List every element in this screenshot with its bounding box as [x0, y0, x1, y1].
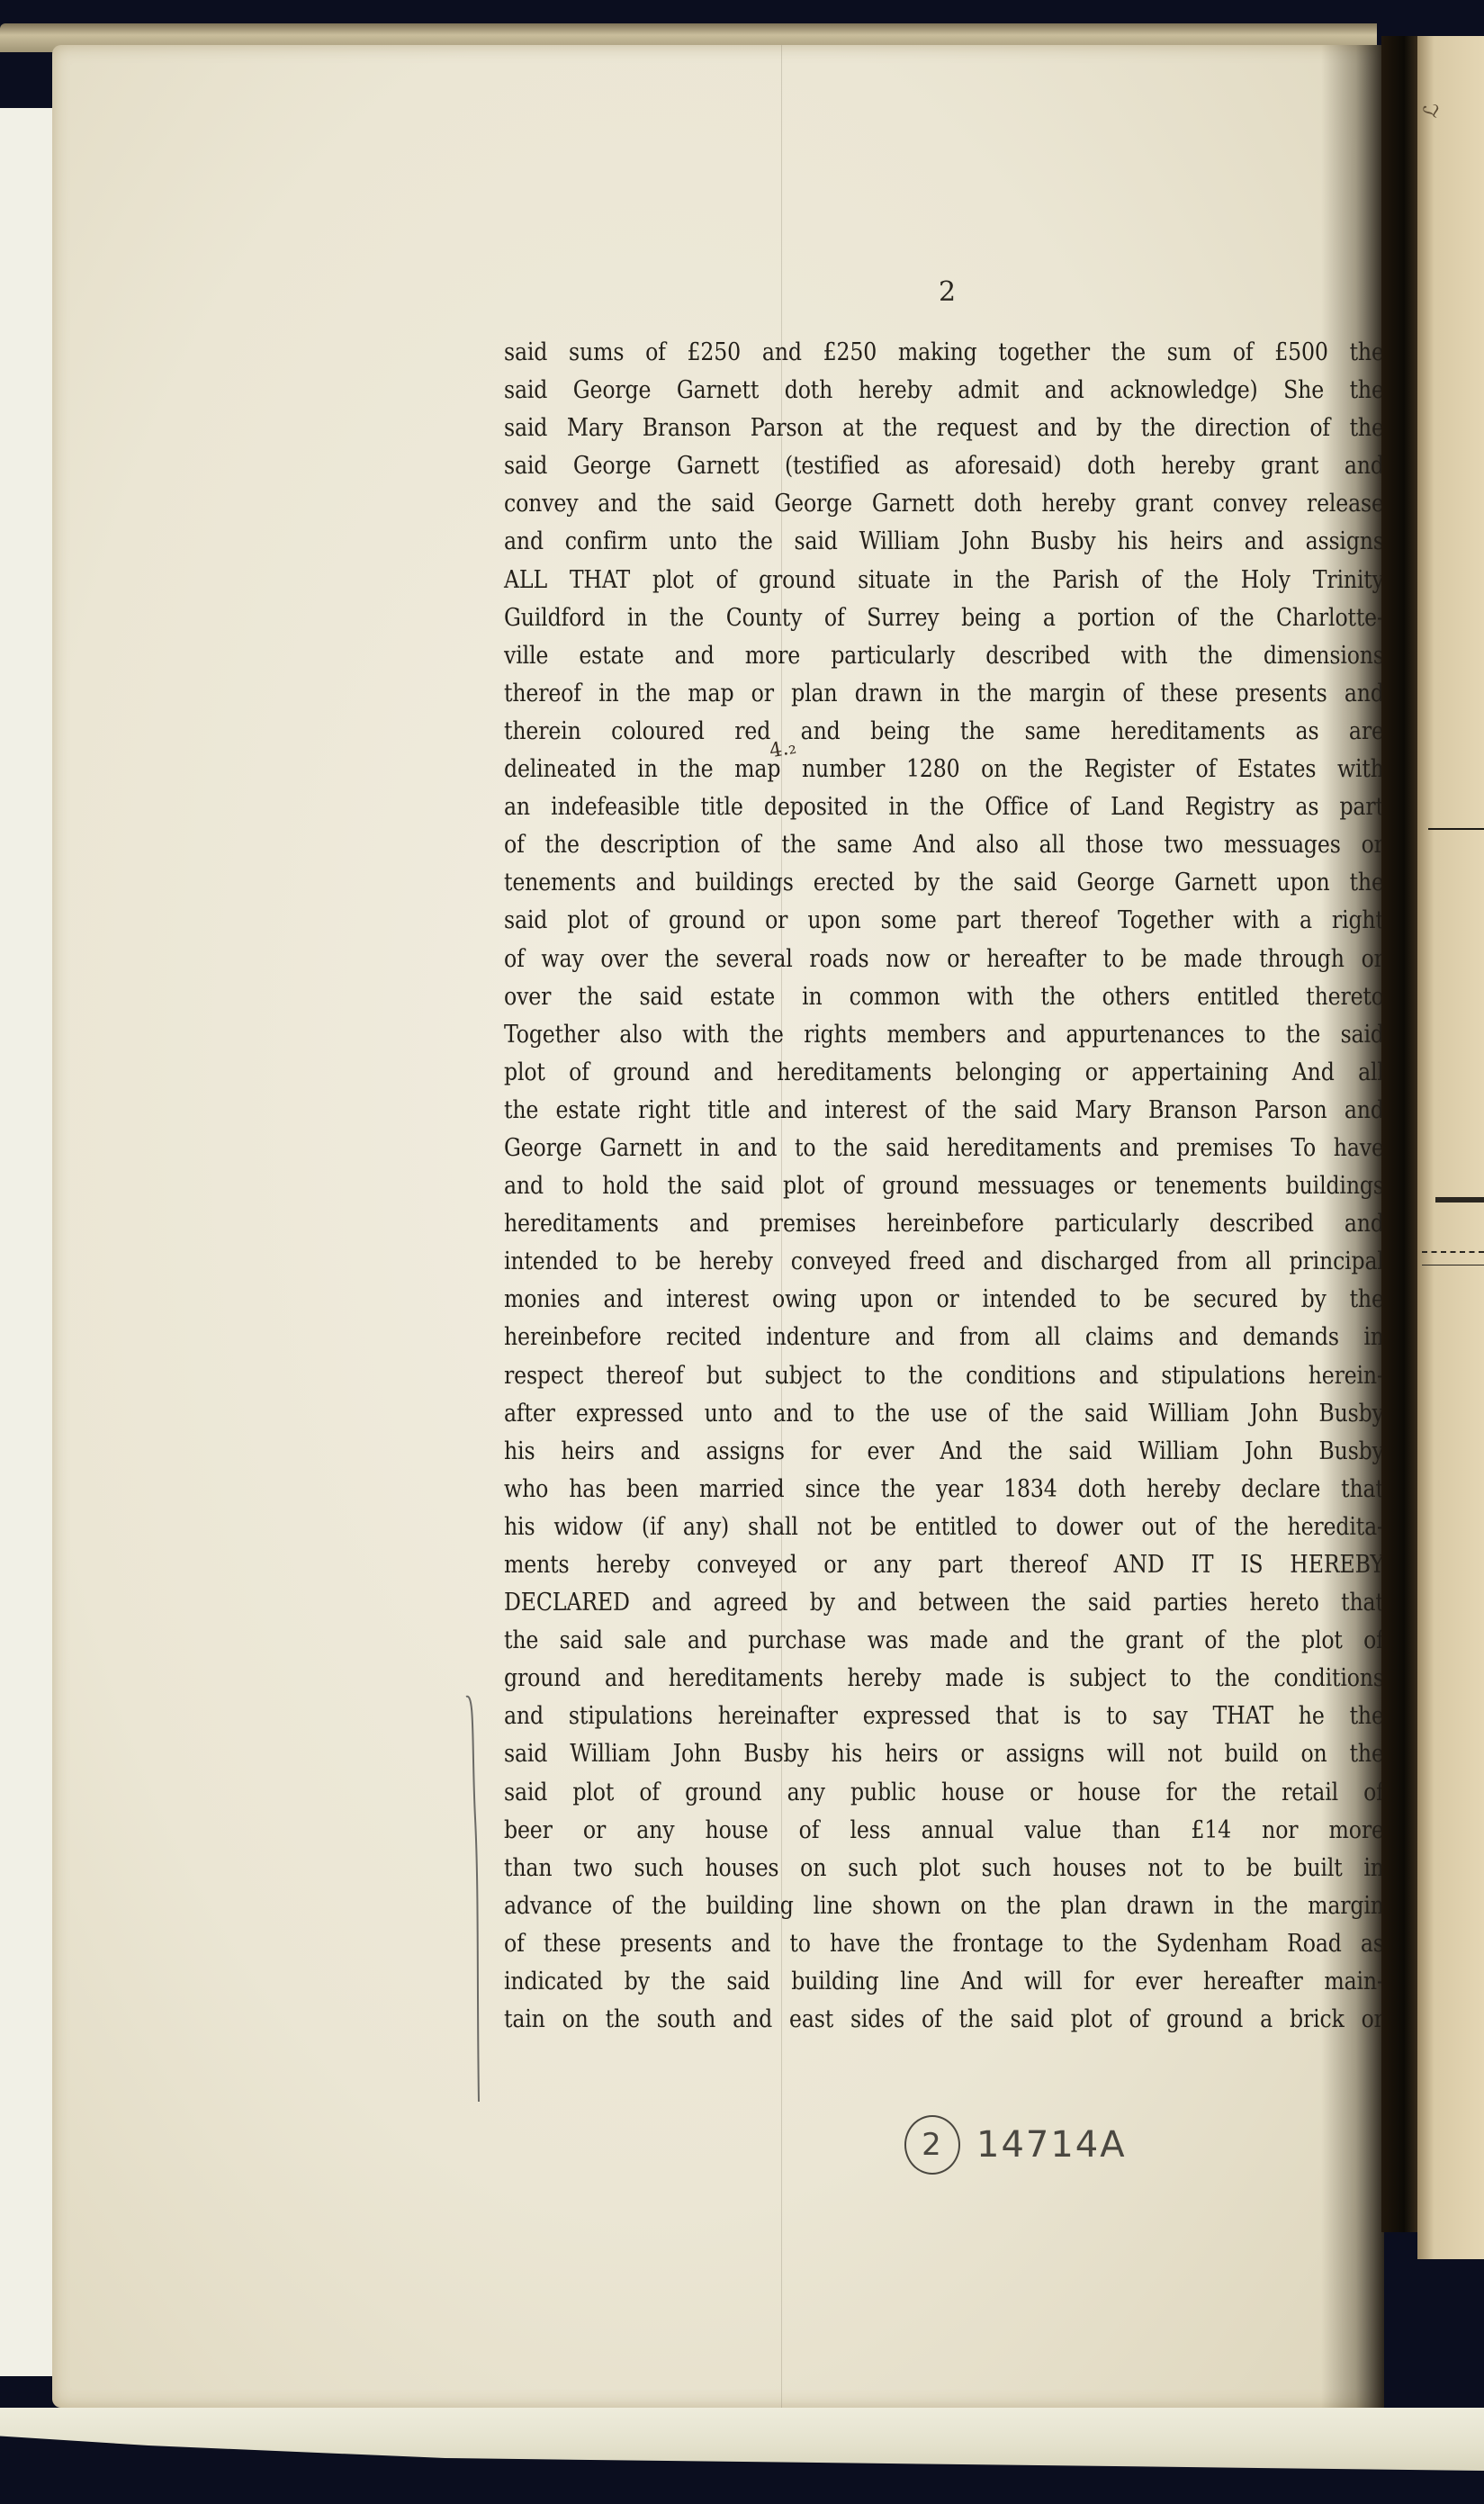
- circled-number: 2: [904, 2115, 960, 2175]
- text-line: convey and the said George Garnett doth …: [504, 484, 1384, 522]
- text-line: his widow (if any) shall not be entitled…: [504, 1508, 1384, 1545]
- text-line: George Garnett in and to the said heredi…: [504, 1129, 1384, 1166]
- text-line: Together also with the rights members an…: [504, 1015, 1384, 1053]
- text-line: Guildford in the County of Surrey being …: [504, 599, 1384, 636]
- text-line: indicated by the said building line And …: [504, 1962, 1384, 2000]
- text-line: tain on the south and east sides of the …: [504, 2000, 1384, 2038]
- text-line: and to hold the said plot of ground mess…: [504, 1166, 1384, 1204]
- text-line: the said sale and purchase was made and …: [504, 1621, 1384, 1659]
- dashed-rule-line: [1422, 1251, 1484, 1253]
- text-line: and confirm unto the said William John B…: [504, 522, 1384, 560]
- text-line: said plot of ground any public house or …: [504, 1773, 1384, 1811]
- text-line: than two such houses on such plot such h…: [504, 1849, 1384, 1887]
- text-line: over the said estate in common with the …: [504, 977, 1384, 1015]
- text-line: plot of ground and hereditaments belongi…: [504, 1053, 1384, 1091]
- text-line: ALL THAT plot of ground situate in the P…: [504, 561, 1384, 599]
- text-line: hereinbefore recited indenture and from …: [504, 1318, 1384, 1356]
- rule-line: [1422, 1265, 1484, 1266]
- text-line: therein coloured red and being the same …: [504, 712, 1384, 750]
- text-line: respect thereof but subject to the condi…: [504, 1356, 1384, 1394]
- text-line: ments hereby conveyed or any part thereo…: [504, 1545, 1384, 1583]
- text-line: advance of the building line shown on th…: [504, 1887, 1384, 1924]
- text-line: delineated in the map number 1280 on the…: [504, 750, 1384, 788]
- text-line: thereof in the map or plan drawn in the …: [504, 674, 1384, 712]
- text-line: and stipulations hereinafter expressed t…: [504, 1697, 1384, 1734]
- text-line: his heirs and assigns for ever And the s…: [504, 1432, 1384, 1470]
- page-number: 2: [939, 276, 956, 308]
- text-line: intended to be hereby conveyed freed and…: [504, 1242, 1384, 1280]
- handwritten-reference: 2 14714A: [904, 2115, 1127, 2175]
- facing-page-mark: ℒ: [1419, 102, 1444, 120]
- text-line: after expressed unto and to the use of t…: [504, 1394, 1384, 1432]
- text-line: hereditaments and premises hereinbefore …: [504, 1204, 1384, 1242]
- text-line: ville estate and more particularly descr…: [504, 636, 1384, 674]
- deed-body-text: said sums of £250 and £250 making togeth…: [504, 333, 1384, 2038]
- text-line: of way over the several roads now or her…: [504, 940, 1384, 977]
- text-line: monies and interest owing upon or intend…: [504, 1280, 1384, 1318]
- text-line: said sums of £250 and £250 making togeth…: [504, 333, 1384, 371]
- rule-line: [1435, 1197, 1484, 1202]
- text-line: beer or any house of less annual value t…: [504, 1811, 1384, 1849]
- pencil-margin-bracket-icon: [459, 1692, 486, 2106]
- text-line: of the description of the same And also …: [504, 825, 1384, 863]
- text-line: said Mary Branson Parson at the request …: [504, 409, 1384, 446]
- ink-annotation: 4.₂: [768, 736, 798, 763]
- text-line: an indefeasible title deposited in the O…: [504, 788, 1384, 825]
- text-line: the estate right title and interest of t…: [504, 1091, 1384, 1129]
- text-line: said George Garnett (testified as afores…: [504, 446, 1384, 484]
- text-line: tenements and buildings erected by the s…: [504, 863, 1384, 901]
- text-line: DECLARED and agreed by and between the s…: [504, 1583, 1384, 1621]
- text-line: said George Garnett doth hereby admit an…: [504, 371, 1384, 409]
- text-line: ground and hereditaments hereby made is …: [504, 1659, 1384, 1697]
- text-line: who has been married since the year 1834…: [504, 1470, 1384, 1508]
- text-line: said William John Busby his heirs or ass…: [504, 1734, 1384, 1772]
- reference-number: 14714A: [976, 2124, 1127, 2166]
- book-binding: [1381, 36, 1419, 2232]
- rule-line: [1428, 828, 1484, 830]
- text-line: said plot of ground or upon some part th…: [504, 901, 1384, 939]
- facing-page-edge: ℒ: [1417, 36, 1484, 2259]
- text-line: of these presents and to have the fronta…: [504, 1924, 1384, 1962]
- page-stack-edges: [0, 2408, 1484, 2471]
